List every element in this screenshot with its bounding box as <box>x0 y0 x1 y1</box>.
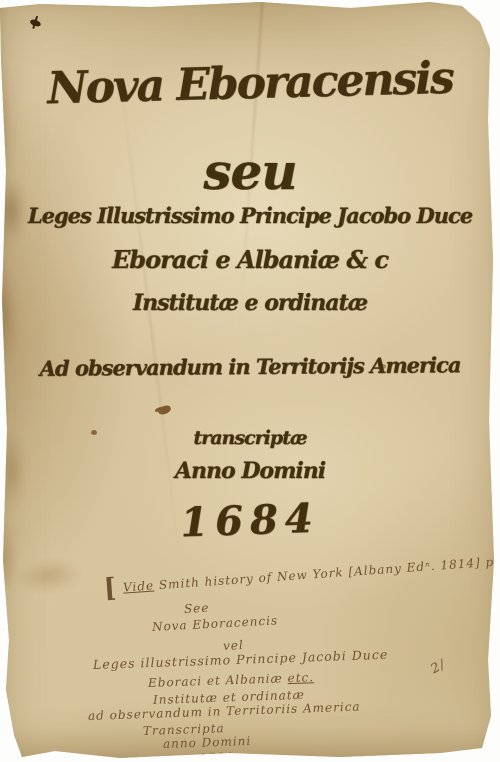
annotation-eboraci-text: Eboraci et Albaniæ <box>148 671 288 690</box>
title-line-leges: Leges Illustrissimo Principe Jacobo Duce <box>0 203 500 228</box>
title-line-institutae: Institutæ e ordinatæ <box>0 290 500 316</box>
annotation-citation-line: [ Vide Smith history of New York [Albany… <box>103 543 500 604</box>
annotation-see: See <box>184 601 210 616</box>
manuscript-page: Nova Eboracensis seu Leges Illustrissimo… <box>0 0 500 762</box>
annotation-eboraci: Eboraci et Albaniæ etc. <box>148 670 315 690</box>
margin-mark: 2/ <box>428 657 448 677</box>
title-line-transcriptae: transcriptæ <box>0 427 500 449</box>
scanned-manuscript-image: Nova Eboracensis seu Leges Illustrissimo… <box>0 0 500 762</box>
annotation-nova-eboracencis: Nova Eboracencis <box>152 613 279 634</box>
annotation-year-faded: 1684 <box>199 750 234 762</box>
title-line-year: 1684 <box>0 488 500 552</box>
annotation-anno-domini: anno Domini <box>163 734 252 751</box>
title-line-anno-domini: Anno Domini <box>0 458 500 484</box>
title-line-seu: seu <box>0 142 500 201</box>
annotation-transcripta: Transcripta <box>143 721 225 738</box>
annotation-vel: vel <box>223 638 244 653</box>
title-line-main: Nova Eboracensis <box>0 51 500 115</box>
ink-speck-top-left <box>29 18 41 27</box>
citation-vide-word: Vide <box>123 579 155 595</box>
annotation-etc-underlined: etc. <box>287 670 314 685</box>
title-line-ad-observandum: Ad observandum in Territorijs America <box>0 352 500 381</box>
title-line-eboraci: Eboraci e Albaniæ & c <box>0 245 500 274</box>
citation-rest-text: Smith history of New York [Albany Edⁿ. 1… <box>158 551 500 592</box>
citation-open-bracket: [ <box>103 573 119 604</box>
